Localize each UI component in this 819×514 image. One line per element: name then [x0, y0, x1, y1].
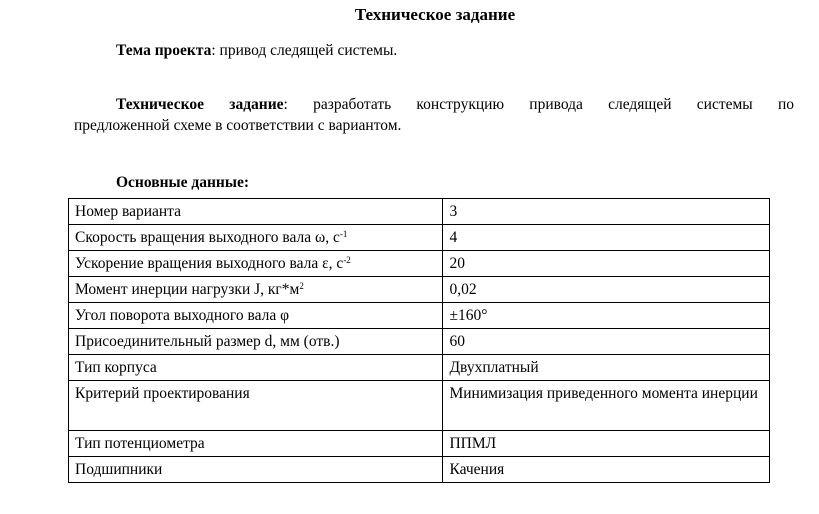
parameter-name: Скорость вращения выходного вала ω, с: [75, 229, 340, 246]
technical-task: Техническое задание: разработать констру…: [74, 94, 794, 136]
parameter-value: 3: [443, 199, 770, 225]
parameter-value: ±160°: [443, 303, 770, 329]
technical-task-label: Техническое задание: [116, 96, 284, 113]
unit-exponent: -2: [343, 255, 351, 265]
parameter-name: Присоединительный размер d, мм (отв.): [75, 333, 340, 350]
parameter-name-cell: Номер варианта: [69, 199, 443, 225]
table-row: Критерий проектированияМинимизация приве…: [69, 381, 770, 431]
project-topic-text: : привод следящей системы.: [211, 42, 397, 59]
table-row: Скорость вращения выходного вала ω, с-14: [69, 225, 770, 251]
parameter-value: ППМЛ: [443, 431, 770, 457]
parameter-value: 20: [443, 251, 770, 277]
unit-exponent: 2: [299, 281, 304, 291]
table-row: Номер варианта3: [69, 199, 770, 225]
parameter-value: 4: [443, 225, 770, 251]
parameter-name-cell: Ускорение вращения выходного вала ε, с-2: [69, 251, 443, 277]
parameter-name-cell: Присоединительный размер d, мм (отв.): [69, 329, 443, 355]
parameters-table: Номер варианта3Скорость вращения выходно…: [68, 198, 770, 483]
parameter-name-cell: Критерий проектирования: [69, 381, 443, 431]
project-topic-label: Тема проекта: [116, 42, 211, 59]
parameter-value: 60: [443, 329, 770, 355]
parameter-name: Тип корпуса: [75, 359, 157, 376]
parameter-value: Минимизация приведенного момента инерции: [443, 381, 770, 431]
document-title: Техническое задание: [0, 5, 819, 25]
parameter-name-cell: Угол поворота выходного вала φ: [69, 303, 443, 329]
parameter-value: Качения: [443, 457, 770, 483]
technical-task-text: : разработать конструкцию привода следящ…: [284, 96, 794, 113]
table-row: Момент инерции нагрузки J, кг*м20,02: [69, 277, 770, 303]
technical-task-line2: предложенной схеме в соответствии с вари…: [74, 117, 401, 134]
parameter-name: Угол поворота выходного вала φ: [75, 307, 289, 324]
technical-task-line1: Техническое задание: разработать констру…: [74, 94, 794, 115]
parameter-name: Номер варианта: [75, 203, 181, 220]
parameter-name-cell: Момент инерции нагрузки J, кг*м2: [69, 277, 443, 303]
parameter-name: Момент инерции нагрузки J, кг*м: [75, 281, 299, 298]
parameter-name-cell: Подшипники: [69, 457, 443, 483]
project-topic: Тема проекта: привод следящей системы.: [116, 40, 397, 61]
table-row: Угол поворота выходного вала φ±160°: [69, 303, 770, 329]
parameter-name: Тип потенциометра: [75, 435, 205, 452]
table-row: Тип корпусаДвухплатный: [69, 355, 770, 381]
table-row: Присоединительный размер d, мм (отв.)60: [69, 329, 770, 355]
unit-exponent: -1: [340, 229, 348, 239]
table-row: Ускорение вращения выходного вала ε, с-2…: [69, 251, 770, 277]
parameter-name-cell: Тип корпуса: [69, 355, 443, 381]
parameter-name: Критерий проектирования: [75, 385, 250, 402]
table-row: Тип потенциометраППМЛ: [69, 431, 770, 457]
parameter-name-cell: Скорость вращения выходного вала ω, с-1: [69, 225, 443, 251]
parameter-value: 0,02: [443, 277, 770, 303]
section-heading: Основные данные:: [116, 172, 249, 193]
parameter-name: Подшипники: [75, 461, 162, 478]
parameter-value: Двухплатный: [443, 355, 770, 381]
parameter-name: Ускорение вращения выходного вала ε, с: [75, 255, 343, 272]
parameter-name-cell: Тип потенциометра: [69, 431, 443, 457]
table-row: ПодшипникиКачения: [69, 457, 770, 483]
